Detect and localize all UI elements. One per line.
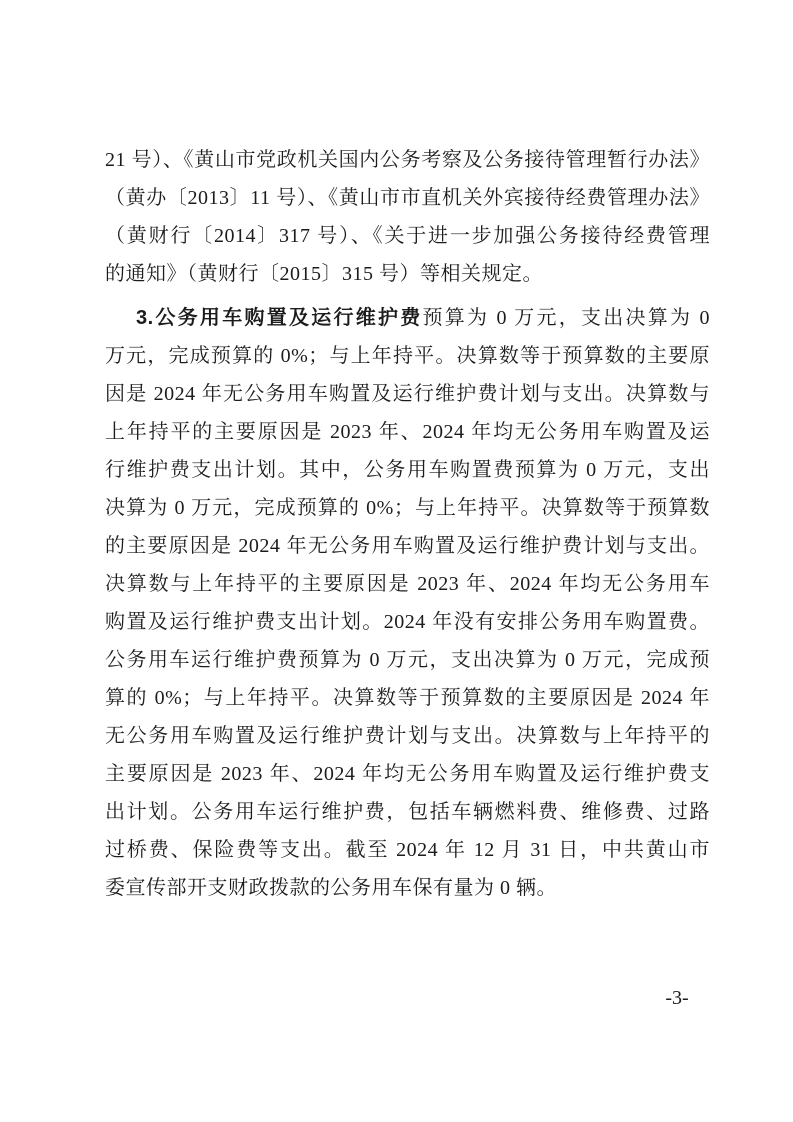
document-body: 21 号）、《黄山市党政机关国内公务考察及公务接待管理暂行办法》（黄办〔2013… xyxy=(105,141,710,907)
text-line: 算的 0%；与上年持平。决算数等于预算数的主要原因是 2024 年 xyxy=(105,679,710,717)
text-line: （黄财行〔2014〕317 号）、《关于进一步加强公务接待经费管理 xyxy=(105,217,710,255)
paragraph-vehicle-budget: 3.公务用车购置及运行维护费预算为 0 万元，支出决算为 0 万元，完成预算的 … xyxy=(105,299,710,907)
paragraph-regulations-lines: 21 号）、《黄山市党政机关国内公务考察及公务接待管理暂行办法》（黄办〔2013… xyxy=(105,141,710,293)
text-line: 上年持平的主要原因是 2023 年、2024 年均无公务用车购置及运 xyxy=(105,413,710,451)
vehicle-budget-heading-line: 3.公务用车购置及运行维护费预算为 0 万元，支出决算为 0 xyxy=(105,299,710,337)
text-line: 过桥费、保险费等支出。截至 2024 年 12 月 31 日，中共黄山市 xyxy=(105,831,710,869)
section-heading: 3.公务用车购置及运行维护费 xyxy=(136,307,422,329)
text-line: 行维护费支出计划。其中，公务用车购置费预算为 0 万元，支出 xyxy=(105,451,710,489)
paragraph-regulations: 21 号）、《黄山市党政机关国内公务考察及公务接待管理暂行办法》（黄办〔2013… xyxy=(105,141,710,293)
text-line: 无公务用车购置及运行维护费计划与支出。决算数与上年持平的 xyxy=(105,717,710,755)
heading-line-rest: 预算为 0 万元，支出决算为 0 xyxy=(422,307,710,329)
paragraph-vehicle-budget-lines: 万元，完成预算的 0%；与上年持平。决算数等于预算数的主要原因是 2024 年无… xyxy=(105,337,710,907)
text-line: 主要原因是 2023 年、2024 年均无公务用车购置及运行维护费支 xyxy=(105,755,710,793)
text-line: 的主要原因是 2024 年无公务用车购置及运行维护费计划与支出。 xyxy=(105,527,710,565)
text-line: 的通知》（黄财行〔2015〕315 号）等相关规定。 xyxy=(105,255,710,293)
text-line: 因是 2024 年无公务用车购置及运行维护费计划与支出。决算数与 xyxy=(105,375,710,413)
text-line: 购置及运行维护费支出计划。2024 年没有安排公务用车购置费。 xyxy=(105,603,710,641)
text-line: 公务用车运行维护费预算为 0 万元，支出决算为 0 万元，完成预 xyxy=(105,641,710,679)
text-line: 出计划。公务用车运行维护费，包括车辆燃料费、维修费、过路 xyxy=(105,793,710,831)
text-line: 委宣传部开支财政拨款的公务用车保有量为 0 辆。 xyxy=(105,869,710,907)
text-line: 决算数与上年持平的主要原因是 2023 年、2024 年均无公务用车 xyxy=(105,565,710,603)
document-page: 21 号）、《黄山市党政机关国内公务考察及公务接待管理暂行办法》（黄办〔2013… xyxy=(0,0,793,1122)
text-line: 决算为 0 万元，完成预算的 0%；与上年持平。决算数等于预算数 xyxy=(105,489,710,527)
text-line: 21 号）、《黄山市党政机关国内公务考察及公务接待管理暂行办法》 xyxy=(105,141,710,179)
page-number: -3- xyxy=(647,979,707,1017)
text-line: （黄办〔2013〕11 号）、《黄山市市直机关外宾接待经费管理办法》 xyxy=(105,179,710,217)
text-line: 万元，完成预算的 0%；与上年持平。决算数等于预算数的主要原 xyxy=(105,337,710,375)
